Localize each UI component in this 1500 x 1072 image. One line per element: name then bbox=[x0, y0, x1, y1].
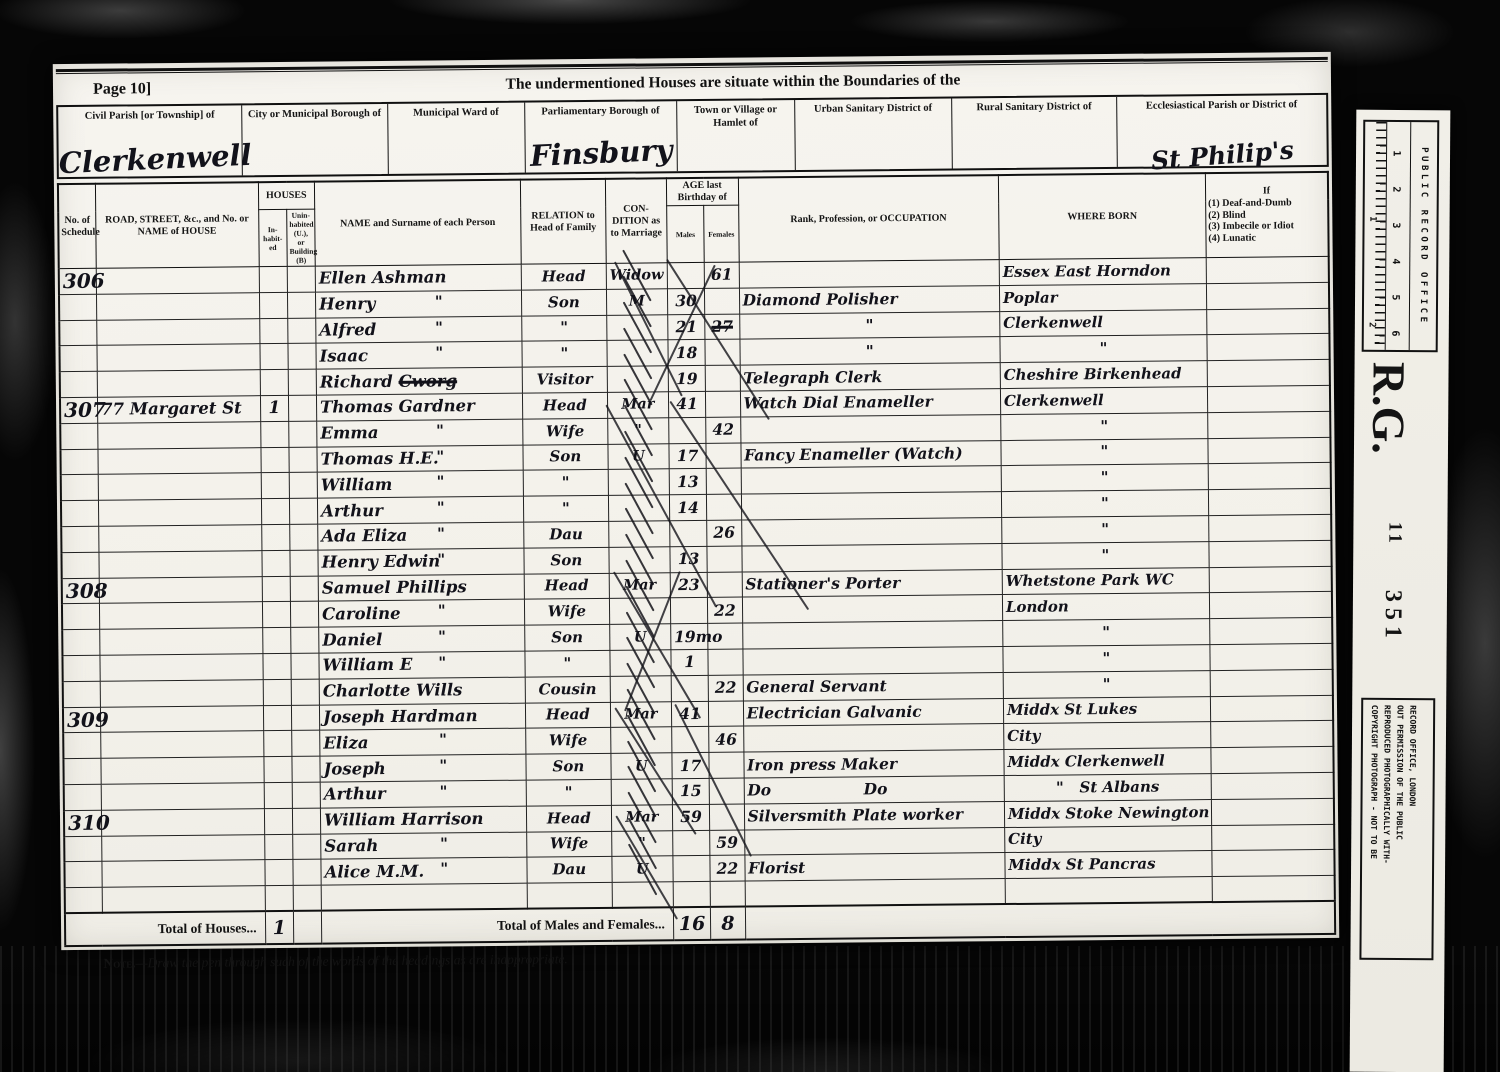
cell-inf bbox=[1211, 721, 1334, 748]
handwritten-entry: " St Albans bbox=[1056, 777, 1160, 796]
handwritten-entry: Wife bbox=[549, 731, 587, 749]
cell-rel: Son bbox=[523, 444, 608, 471]
cell-born: " bbox=[1003, 619, 1210, 647]
cell-m bbox=[670, 598, 708, 624]
cell-occ: " bbox=[739, 337, 1000, 365]
handwritten-entry: Thomas H.E. bbox=[320, 448, 438, 468]
ditto-mark: " bbox=[438, 602, 446, 620]
census-table: No. of Schedule ROAD, STREET, &c., and N… bbox=[57, 171, 1336, 948]
pro-label-strip: 1 2 1 2 3 4 5 6 PUBLIC RECORD OFFICE R.G… bbox=[1350, 110, 1451, 1072]
cell-inh bbox=[263, 679, 292, 705]
cell-name: William Harrison bbox=[320, 806, 526, 834]
cell-inf bbox=[1212, 850, 1335, 877]
handwritten-entry: Head bbox=[543, 396, 587, 414]
cell-inf bbox=[1211, 798, 1334, 825]
district-label: City or Municipal Borough of bbox=[246, 107, 383, 121]
cell-f bbox=[706, 391, 741, 417]
district-label: Civil Parish [or Township] of bbox=[62, 108, 237, 123]
handwritten-entry: 42 bbox=[712, 420, 734, 439]
district-value-handwritten bbox=[243, 169, 388, 175]
cell-cond bbox=[610, 675, 671, 701]
cell-road bbox=[99, 550, 262, 577]
district-header-table: Civil Parish [or Township] of Clerkenwel… bbox=[56, 93, 1329, 179]
cell-road bbox=[98, 499, 261, 526]
handwritten-entry: " bbox=[562, 499, 570, 517]
cell-born: Clerkenwell bbox=[1000, 309, 1207, 337]
district-cell-town-village: Town or Village or Hamlet of bbox=[677, 100, 796, 171]
handwritten-entry: Son bbox=[549, 448, 581, 466]
cell-inh bbox=[261, 473, 290, 499]
cell-m: 14 bbox=[669, 495, 707, 521]
cell-cond: M bbox=[606, 289, 667, 315]
cell-inf bbox=[1211, 772, 1334, 799]
handwritten-entry: Cheshire Birkenhead bbox=[1004, 364, 1182, 384]
handwritten-entry: Silversmith Plate worker bbox=[747, 805, 963, 826]
cell-cond: " bbox=[611, 830, 672, 856]
cell-sched bbox=[65, 887, 103, 913]
cell-sched bbox=[60, 449, 98, 475]
cell-occ: Fancy Enameller (Watch) bbox=[740, 440, 1001, 468]
cell-occ bbox=[740, 414, 1001, 442]
cell-uninh bbox=[290, 576, 318, 602]
handwritten-entry: " bbox=[560, 345, 568, 363]
cell-inh bbox=[264, 834, 293, 860]
handwritten-entry: 17 bbox=[680, 755, 702, 774]
cell-inh bbox=[263, 731, 292, 757]
cell-uninh bbox=[289, 447, 317, 473]
cell-cond: Mar bbox=[611, 804, 672, 830]
cell-sched bbox=[59, 294, 97, 320]
ruler-number: 1 bbox=[1391, 150, 1402, 156]
handwritten-entry: U bbox=[635, 757, 648, 774]
cell-sched bbox=[59, 346, 97, 372]
cell-rel: Son bbox=[521, 289, 606, 316]
cell-rel: Son bbox=[524, 624, 609, 651]
handwritten-entry: " bbox=[1100, 417, 1108, 435]
cell-sched bbox=[62, 629, 100, 655]
cell-cond: U bbox=[611, 753, 672, 779]
ruler-number: 2 bbox=[1390, 186, 1401, 192]
cell-inh bbox=[262, 653, 291, 679]
handwritten-total: 8 bbox=[721, 913, 734, 935]
handwritten-entry: " bbox=[563, 654, 571, 672]
cell-m bbox=[673, 856, 711, 882]
cell-inf bbox=[1209, 566, 1332, 593]
cell-born: " bbox=[1001, 438, 1208, 466]
cell-uninh bbox=[289, 421, 317, 447]
handwritten-entry: " bbox=[1100, 443, 1108, 461]
ditto-mark: " bbox=[437, 550, 445, 568]
handwritten-entry: Diamond Polisher bbox=[742, 289, 897, 309]
cell-uninh bbox=[292, 782, 320, 808]
handwritten-entry: Sarah bbox=[324, 836, 378, 856]
cell-name: Sarah" bbox=[321, 832, 527, 860]
district-label: Town or Village or Hamlet of bbox=[681, 103, 790, 130]
cell-inf bbox=[1208, 463, 1331, 490]
total-houses-label: Total of Houses... bbox=[65, 912, 265, 947]
handwritten-entry: Head bbox=[545, 576, 589, 594]
district-label: Ecclesiastical Parish or District of bbox=[1121, 98, 1322, 113]
cell-name: Joseph Hardman bbox=[319, 703, 525, 731]
cell-uninh bbox=[293, 859, 321, 885]
cell-occ: General Servant bbox=[743, 672, 1004, 700]
cell-uninh bbox=[288, 344, 316, 370]
cell-occ: Telegraph Clerk bbox=[740, 363, 1001, 391]
cell-uninh bbox=[292, 808, 320, 834]
ditto-mark: " bbox=[438, 628, 446, 646]
cell-uninh bbox=[288, 292, 316, 318]
cell-rel: Head bbox=[526, 805, 611, 832]
handwritten-entry: Iron press Maker bbox=[747, 754, 897, 774]
handwritten-entry: " bbox=[634, 422, 642, 439]
handwritten-entry: " bbox=[565, 783, 573, 801]
cell-born: Whetstone Park WC bbox=[1002, 567, 1209, 595]
cell-f bbox=[708, 649, 743, 675]
total-females-value: 8 bbox=[711, 907, 746, 940]
cell-rel: " bbox=[526, 779, 611, 806]
cell-name: Daniel" bbox=[319, 625, 525, 653]
cell-occ bbox=[742, 595, 1003, 623]
cell-inf bbox=[1207, 334, 1330, 361]
handwritten-entry: Clerkenwell bbox=[1003, 314, 1103, 333]
ruler-cm-number: 1 bbox=[1367, 216, 1377, 221]
cell-inf bbox=[1207, 308, 1330, 335]
cell-rel: Wife bbox=[522, 418, 607, 445]
handwritten-entry: " bbox=[1101, 494, 1109, 512]
handwritten-entry: Dau bbox=[552, 860, 586, 878]
cell-m: 1 bbox=[671, 649, 709, 675]
handwritten-entry: Son bbox=[548, 293, 580, 311]
cell-rel: Head bbox=[521, 263, 606, 290]
cell-inf bbox=[1209, 514, 1332, 541]
handwritten-entry: 15 bbox=[680, 781, 702, 800]
series-reference: R.G. bbox=[1362, 362, 1416, 454]
handwritten-entry: " bbox=[562, 473, 570, 491]
cell-sched bbox=[60, 371, 98, 397]
cell-name: Ellen Ashman bbox=[315, 264, 521, 292]
cell-rel: Cousin bbox=[525, 676, 610, 703]
cell-sched bbox=[61, 552, 99, 578]
total-houses-value: 1 bbox=[265, 911, 294, 944]
cell-born: City bbox=[1004, 722, 1211, 750]
cell-born: " bbox=[1003, 670, 1210, 698]
cell-rel: Visitor bbox=[522, 367, 607, 394]
cell-born: Cheshire Birkenhead bbox=[1000, 361, 1207, 389]
cell-rel: Head bbox=[524, 573, 609, 600]
handwritten-total: 1 bbox=[273, 917, 286, 939]
page-number: Page 10] bbox=[93, 80, 151, 99]
handwritten-entry: City bbox=[1007, 727, 1040, 745]
cell-road bbox=[101, 731, 264, 758]
cell-inf bbox=[1208, 437, 1331, 464]
handwritten-entry: " bbox=[1099, 339, 1107, 357]
handwritten-entry: Richard bbox=[320, 371, 399, 391]
district-label: Municipal Ward of bbox=[392, 106, 520, 120]
cell-sched bbox=[61, 475, 99, 501]
col-header-females: Females bbox=[704, 205, 739, 262]
handwritten-entry: Middx Stoke Newington bbox=[1008, 803, 1210, 823]
ditto-occupation: Do bbox=[863, 779, 887, 798]
cell-road bbox=[102, 834, 265, 861]
handwritten-entry: Emma bbox=[320, 423, 378, 443]
handwritten-entry: Son bbox=[550, 551, 582, 569]
cell-sched: 308 bbox=[62, 578, 100, 604]
cell-sched bbox=[59, 320, 97, 346]
cell-born: Middx Stoke Newington bbox=[1004, 799, 1211, 827]
col-header-houses: HOUSES bbox=[258, 182, 315, 210]
cell-sched bbox=[63, 733, 101, 759]
cell-m bbox=[673, 882, 711, 908]
cell-born: " bbox=[1000, 335, 1207, 363]
handwritten-entry: U bbox=[634, 628, 647, 645]
cell-uninh bbox=[290, 524, 318, 550]
cell-born: London bbox=[1002, 593, 1209, 621]
ditto-mark: " bbox=[437, 524, 445, 542]
handwritten-entry: Wife bbox=[546, 422, 584, 440]
cell-occ: " bbox=[739, 311, 1000, 339]
cell-road bbox=[96, 267, 259, 294]
handwritten-entry: Mar bbox=[623, 576, 656, 593]
col-header-age: AGE last Birthday of bbox=[666, 178, 738, 206]
cell-occ bbox=[739, 260, 1000, 288]
handwritten-entry: William bbox=[321, 475, 393, 495]
cell-sched: 310 bbox=[64, 810, 102, 836]
handwritten-entry: Joseph Hardman bbox=[323, 706, 478, 726]
cell-name: Richard Cworg bbox=[316, 367, 522, 395]
cell-road bbox=[101, 783, 264, 810]
cell-uninh bbox=[292, 730, 320, 756]
cell-road bbox=[100, 679, 263, 706]
cell-cond bbox=[609, 521, 670, 547]
cell-rel: Head bbox=[525, 702, 610, 729]
cell-name: Thomas Gardner bbox=[316, 393, 522, 421]
cell-inh: 1 bbox=[260, 395, 289, 421]
cell-road bbox=[99, 602, 262, 629]
handwritten-entry: Son bbox=[552, 757, 584, 775]
cell-rel: " bbox=[525, 650, 610, 677]
cell-inf bbox=[1210, 695, 1333, 722]
district-cell-parliamentary-borough: Parliamentary Borough of Finsbury bbox=[525, 101, 678, 172]
page-title: The undermentioned Houses are situate wi… bbox=[353, 70, 1113, 95]
cell-road bbox=[98, 473, 261, 500]
ditto-mark: " bbox=[435, 292, 443, 310]
cell-uninh bbox=[288, 369, 316, 395]
cell-name bbox=[321, 883, 527, 911]
cell-m bbox=[671, 727, 709, 753]
handwritten-entry: Florist bbox=[748, 858, 805, 878]
cell-name: Ada Eliza" bbox=[318, 522, 524, 550]
cell-m: 19mo bbox=[670, 624, 708, 650]
handwritten-entry: " bbox=[560, 319, 568, 337]
district-label: Rural Sanitary District of bbox=[956, 100, 1112, 115]
cell-rel: Dau bbox=[523, 521, 608, 548]
handwritten-entry: Mar bbox=[625, 809, 658, 826]
district-cell-urban-sanitary: Urban Sanitary District of bbox=[795, 99, 953, 171]
handwritten-entry: " bbox=[1101, 520, 1109, 538]
handwritten-entry: London bbox=[1006, 598, 1069, 617]
cell-inf bbox=[1209, 592, 1332, 619]
total-males-value: 16 bbox=[673, 907, 711, 940]
ditto-mark: " bbox=[436, 447, 444, 465]
cell-sched bbox=[63, 758, 101, 784]
handwritten-entry: Whetstone Park WC bbox=[1006, 571, 1174, 591]
cell-occ bbox=[741, 492, 1002, 520]
cell-inf bbox=[1206, 256, 1329, 283]
ruler-number: 5 bbox=[1390, 294, 1401, 300]
handwritten-entry: Visitor bbox=[536, 370, 592, 389]
cell-inh bbox=[261, 499, 290, 525]
cell-m: 23 bbox=[670, 572, 708, 598]
pro-office-name: PUBLIC RECORD OFFICE bbox=[1410, 122, 1438, 350]
ditto-mark: " bbox=[435, 344, 443, 362]
cell-inh bbox=[264, 782, 293, 808]
col-header-infirmity: If (1) Deaf-and-Dumb (2) Blind (3) Imbec… bbox=[1205, 172, 1328, 258]
handwritten-entry: Son bbox=[551, 628, 583, 646]
cell-inh bbox=[262, 628, 291, 654]
handwritten-entry: Thomas Gardner bbox=[320, 396, 475, 416]
handwritten-entry: 13 bbox=[677, 472, 699, 491]
handwritten-entry: 46 bbox=[715, 729, 737, 748]
cell-inh bbox=[259, 318, 288, 344]
handwritten-entry: Samuel Phillips bbox=[322, 577, 467, 597]
handwritten-entry: Essex East Horndon bbox=[1003, 261, 1171, 281]
cell-inh bbox=[262, 602, 291, 628]
cell-sched bbox=[63, 681, 101, 707]
cell-uninh bbox=[287, 266, 315, 292]
cell-uninh bbox=[290, 550, 318, 576]
cell-f bbox=[705, 288, 740, 314]
cell-f: 22 bbox=[708, 675, 743, 701]
ruler-number: 6 bbox=[1389, 330, 1400, 336]
col-header-uninhabited: Unin-habited (U.), or Building (B) bbox=[287, 209, 315, 266]
cell-inh bbox=[261, 550, 290, 576]
cell-uninh bbox=[292, 705, 320, 731]
col-header-inhabited: In-habit-ed bbox=[258, 209, 287, 266]
cell-born bbox=[1005, 877, 1212, 905]
cell-occ bbox=[745, 879, 1006, 907]
handwritten-entry: 14 bbox=[677, 498, 699, 517]
handwritten-entry: City bbox=[1008, 830, 1041, 848]
cell-road bbox=[100, 654, 263, 681]
cell-sched bbox=[62, 604, 100, 630]
cell-sched bbox=[60, 423, 98, 449]
cell-rel: Head bbox=[522, 392, 607, 419]
handwritten-entry: " bbox=[1103, 675, 1111, 693]
cell-occ: Electrician Galvanic bbox=[743, 698, 1004, 726]
cell-inf bbox=[1210, 669, 1333, 696]
cell-name: Henry Edwin" bbox=[318, 548, 524, 576]
cell-cond bbox=[608, 469, 669, 495]
cell-uninh bbox=[291, 627, 319, 653]
handwritten-entry: 22 bbox=[714, 600, 736, 619]
cell-sched: 306 bbox=[59, 268, 97, 294]
cell-occ: DoDo bbox=[744, 775, 1005, 803]
piece-number: 351 bbox=[1379, 590, 1406, 644]
handwritten-entry: Middx St Pancras bbox=[1008, 855, 1155, 874]
cell-born: " bbox=[1001, 464, 1208, 492]
handwritten-entry: Head bbox=[546, 705, 590, 723]
col-header-relation: RELATION to Head of Family bbox=[520, 179, 606, 264]
cell-occ bbox=[744, 827, 1005, 855]
district-value-handwritten bbox=[796, 164, 952, 171]
cell-born: Middx St Lukes bbox=[1003, 696, 1210, 724]
cell-born: " bbox=[1002, 516, 1209, 544]
ditto-mark: " bbox=[439, 782, 447, 800]
cell-born: " bbox=[1001, 412, 1208, 440]
cell-name: Emma" bbox=[317, 419, 523, 447]
handwritten-entry: Alfred bbox=[319, 320, 376, 340]
col-header-occupation: Rank, Profession, or OCCUPATION bbox=[738, 175, 999, 262]
cell-sched bbox=[61, 500, 99, 526]
district-value-handwritten: Finsbury bbox=[525, 133, 678, 174]
cell-inh bbox=[259, 292, 288, 318]
note-label: Note. bbox=[103, 956, 135, 971]
copyright-text: COPYRIGHT PHOTOGRAPH - NOT TO BE REPRODU… bbox=[1365, 705, 1418, 953]
handwritten-entry: 306 bbox=[63, 269, 105, 293]
col-header-schedule: No. of Schedule bbox=[58, 184, 96, 269]
cell-rel: Son bbox=[526, 753, 611, 780]
cell-occ bbox=[741, 518, 1002, 546]
cell-sched: 309 bbox=[63, 707, 101, 733]
census-rows: 306Ellen AshmanHeadWidow61Essex East Hor… bbox=[59, 256, 1335, 913]
cell-rel bbox=[527, 882, 612, 909]
cell-rel: " bbox=[521, 315, 606, 342]
cell-name: Joseph" bbox=[320, 754, 526, 782]
cell-sched bbox=[64, 862, 102, 888]
handwritten-entry: Arthur bbox=[321, 501, 383, 521]
cell-inf bbox=[1207, 360, 1330, 387]
cell-rel: Wife bbox=[524, 599, 609, 626]
cell-m: 15 bbox=[672, 778, 710, 804]
handwritten-entry: William Harrison bbox=[324, 809, 484, 830]
handwritten-entry: Ada Eliza bbox=[321, 526, 407, 546]
col-header-road: ROAD, STREET, &c., and No. or NAME of HO… bbox=[95, 182, 258, 268]
handwritten-entry: 19mo bbox=[674, 626, 722, 645]
district-label: Urban Sanitary District of bbox=[799, 102, 947, 117]
cell-inf bbox=[1208, 411, 1331, 438]
ditto-mark: " bbox=[440, 834, 448, 852]
cell-name: Charlotte Wills bbox=[319, 677, 525, 705]
handwritten-entry: 309 bbox=[67, 708, 109, 732]
handwritten-entry: Arthur bbox=[324, 784, 386, 804]
cell-cond bbox=[609, 547, 670, 573]
cell-cond: U bbox=[610, 624, 671, 650]
cell-uninh bbox=[291, 679, 319, 705]
handwritten-entry: 41 bbox=[676, 394, 698, 413]
cell-inf bbox=[1211, 747, 1334, 774]
handwritten-entry: 1 bbox=[268, 398, 280, 418]
cell-inf bbox=[1212, 876, 1335, 903]
cell-road bbox=[96, 292, 259, 319]
handwritten-entry: " bbox=[1101, 468, 1109, 486]
pro-office-text: PUBLIC RECORD OFFICE bbox=[1418, 147, 1429, 325]
handwritten-entry: Daniel bbox=[322, 630, 382, 650]
cell-inh bbox=[265, 886, 294, 912]
handwritten-entry: Dau bbox=[549, 525, 583, 543]
district-cell-ecclesiastical-parish: Ecclesiastical Parish or District of St … bbox=[1117, 95, 1327, 167]
district-cell-civil-parish: Civil Parish [or Township] of Clerkenwel… bbox=[58, 105, 243, 177]
cell-name: Eliza" bbox=[320, 728, 526, 756]
cell-m: 13 bbox=[669, 469, 707, 495]
cell-inh bbox=[263, 757, 292, 783]
cell-inf bbox=[1206, 282, 1329, 309]
cell-born: Middx Clerkenwell bbox=[1004, 748, 1211, 776]
cell-road bbox=[97, 370, 260, 397]
handwritten-entry: William E bbox=[322, 655, 412, 675]
cell-born: Middx St Pancras bbox=[1005, 851, 1212, 879]
handwritten-entry: Wife bbox=[548, 602, 586, 620]
cell-inh bbox=[260, 370, 289, 396]
